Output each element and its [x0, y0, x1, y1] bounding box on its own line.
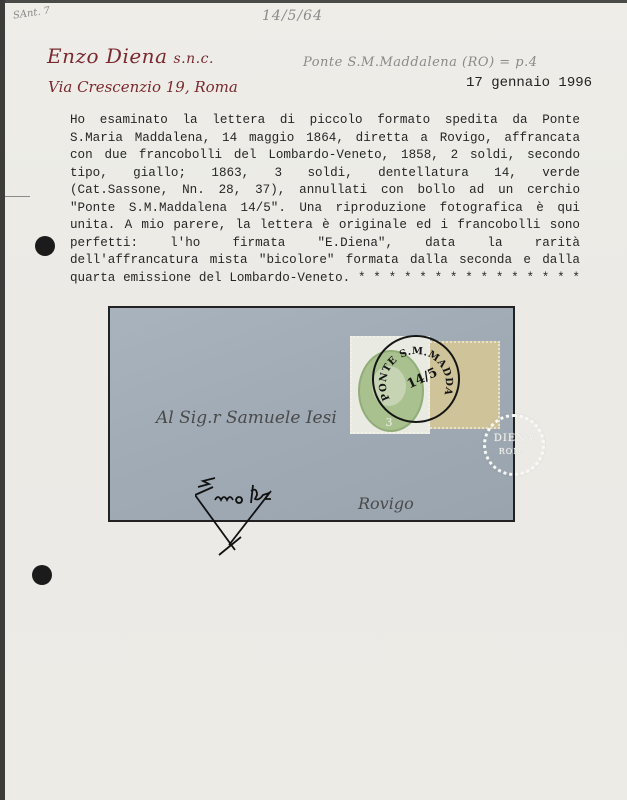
- pencil-mark: [5, 196, 30, 197]
- body-line: unita. A mio parere, la lettera è origin…: [70, 217, 580, 235]
- embossed-seal: DIENA ROMA: [483, 414, 545, 476]
- letterhead-address: Via Crescenzio 19, Roma: [48, 78, 238, 96]
- destination-handwriting: Rovigo: [358, 494, 414, 513]
- postmark-date: 14/5: [405, 365, 440, 392]
- body-line: S.Maria Maddalena, 14 maggio 1864, diret…: [70, 130, 580, 148]
- certificate-body: Ho esaminato la lettera di piccolo forma…: [70, 112, 580, 287]
- body-line: con due francobolli del Lombardo-Veneto,…: [70, 147, 580, 165]
- body-line: Ho esaminato la lettera di piccolo forma…: [70, 112, 580, 130]
- body-line: quarta emissione del Lombardo-Veneto. * …: [70, 270, 580, 288]
- postmark-circle: PONTE S.M.MADDALENA 14/5: [372, 335, 460, 423]
- body-line: tipo, giallo; 1863, 3 soldi, dentellatur…: [70, 165, 580, 183]
- body-line: dell'affrancatura mista "bicolore" forma…: [70, 252, 580, 270]
- addressee-handwriting: Al Sig.r Samuele Iesi: [156, 408, 337, 428]
- postmark-text: PONTE S.M.MADDALENA: [374, 337, 454, 402]
- body-line: (Cat.Sassone, Nn. 28, 37), annullati con…: [70, 182, 580, 200]
- punch-hole-icon: [32, 565, 52, 585]
- margin-note-place: Ponte S.M.Maddalena (RO) = p.4: [303, 55, 538, 70]
- letterhead-suffix: s.n.c.: [174, 51, 214, 67]
- letterhead-name: Enzo Dienas.n.c.: [47, 44, 214, 68]
- certificate-date: 17 gennaio 1996: [466, 75, 592, 91]
- expert-signature-icon: [195, 475, 315, 565]
- seal-text-line2: ROMA: [486, 447, 542, 456]
- svg-text:PONTE S.M.MADDALENA: PONTE S.M.MADDALENA: [374, 337, 454, 402]
- punch-hole-icon: [35, 236, 55, 256]
- body-line: perfetti: l'ho firmata "E.Diena", data l…: [70, 235, 580, 253]
- margin-note-date: 14/5/64: [262, 8, 323, 24]
- postmark-icon: PONTE S.M.MADDALENA 14/5: [374, 337, 458, 421]
- seal-text-line1: DIENA: [486, 433, 542, 444]
- letterhead-name-text: Enzo Diena: [47, 44, 168, 68]
- body-line: "Ponte S.M.Maddalena 14/5". Una riproduz…: [70, 200, 580, 218]
- scan-edge-left: [0, 0, 5, 800]
